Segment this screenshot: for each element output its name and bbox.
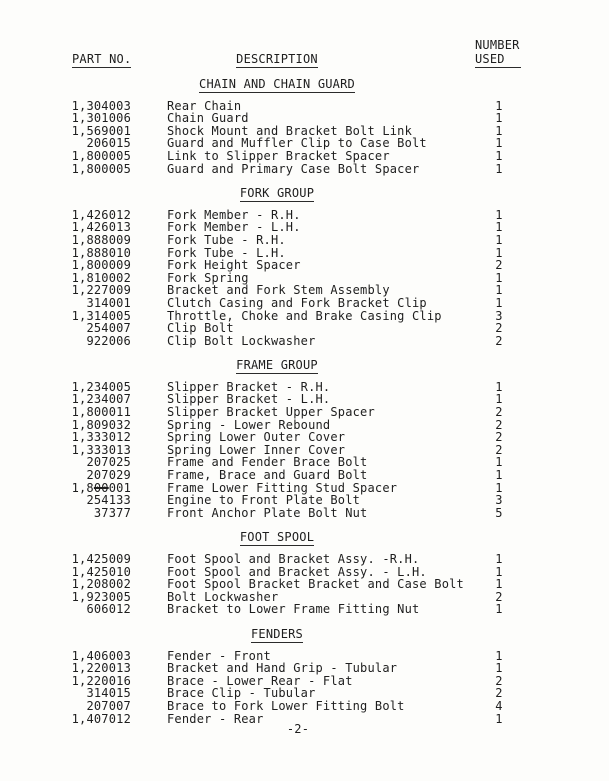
section-title-row: FORK GROUP	[0, 187, 554, 200]
number-used-cell: 4	[467, 700, 531, 713]
section-title: FORK GROUP	[240, 186, 314, 202]
section-title: FENDERS	[251, 627, 303, 643]
table-row: 1,800009Fork Height Spacer2	[0, 259, 609, 272]
table-row: 1,220013Bracket and Hand Grip - Tubular1	[0, 662, 609, 675]
section-title-row: FENDERS	[0, 628, 554, 641]
table-row: 922006Clip Bolt Lockwasher2	[0, 335, 609, 348]
description-cell: Foot Spool Bracket Bracket and Case Bolt	[167, 578, 467, 591]
section-rows: 1,406003Fender - Front11,220013Bracket a…	[0, 650, 609, 726]
table-row: 1,888009Fork Tube - R.H.1	[0, 234, 609, 247]
table-row: 314001Clutch Casing and Fork Bracket Cli…	[0, 297, 609, 310]
table-row: 1,800005Guard and Primary Case Bolt Spac…	[0, 163, 609, 176]
number-used-cell: 1	[467, 150, 531, 163]
section-foot-spool: FOOT SPOOL1,425009Foot Spool and Bracket…	[0, 531, 609, 616]
column-header-number-line1: NUMBER	[475, 39, 520, 52]
number-used-cell: 1	[467, 234, 531, 247]
part-number-cell: 1,800011	[0, 406, 131, 419]
section-fork-group: FORK GROUP1,426012Fork Member - R.H.11,4…	[0, 187, 609, 347]
description-cell: Bracket to Lower Frame Fitting Nut	[167, 603, 467, 616]
table-row: 1,301006Chain Guard1	[0, 112, 609, 125]
number-used-cell: 1	[467, 578, 531, 591]
section-rows: 1,425009Foot Spool and Bracket Assy. -R.…	[0, 553, 609, 616]
number-used-cell: 1	[467, 112, 531, 125]
section-rows: 1,234005Slipper Bracket - R.H.11,234007S…	[0, 381, 609, 520]
description-cell: Clip Bolt Lockwasher	[167, 335, 467, 348]
number-used-cell: 2	[467, 406, 531, 419]
number-used-cell: 2	[467, 431, 531, 444]
part-number-cell: 314001	[0, 297, 131, 310]
table-row: 606012Bracket to Lower Frame Fitting Nut…	[0, 603, 609, 616]
parts-list-page: NUMBER PART NO. DESCRIPTION USED CHAIN A…	[0, 0, 609, 781]
sections: CHAIN AND CHAIN GUARD1,304003Rear Chain1…	[0, 66, 609, 725]
number-used-cell: 1	[467, 163, 531, 176]
table-row: 1,425009Foot Spool and Bracket Assy. -R.…	[0, 553, 609, 566]
description-cell: Fork Height Spacer	[167, 259, 467, 272]
part-number-cell: 1,888009	[0, 234, 131, 247]
number-used-cell: 1	[467, 469, 531, 482]
section-rows: 1,304003Rear Chain11,301006Chain Guard11…	[0, 100, 609, 176]
part-number-cell: 606012	[0, 603, 131, 616]
part-number-cell: 207007	[0, 700, 131, 713]
part-number-cell: 37377	[0, 507, 131, 520]
description-cell: Foot Spool and Bracket Assy. -R.H.	[167, 553, 467, 566]
section-title: CHAIN AND CHAIN GUARD	[199, 77, 355, 93]
description-cell: Bracket and Hand Grip - Tubular	[167, 662, 467, 675]
number-used-cell: 1	[467, 553, 531, 566]
part-number-cell: 1,333012	[0, 431, 131, 444]
table-row: 1,333012Spring Lower Outer Cover2	[0, 431, 609, 444]
number-used-cell: 2	[467, 335, 531, 348]
number-used-cell: 1	[467, 603, 531, 616]
part-number-cell: 1,800005	[0, 150, 131, 163]
number-used-cell: 1	[467, 297, 531, 310]
table-row: 254133Engine to Front Plate Bolt3	[0, 494, 609, 507]
description-cell: Engine to Front Plate Bolt	[167, 494, 467, 507]
part-number-cell: 254133	[0, 494, 131, 507]
part-number-cell: 1,425009	[0, 553, 131, 566]
column-header-description-wrap: DESCRIPTION	[0, 53, 554, 66]
description-cell: Link to Slipper Bracket Spacer	[167, 150, 467, 163]
table-row: 1,800005Link to Slipper Bracket Spacer1	[0, 150, 609, 163]
section-rows: 1,426012Fork Member - R.H.11,426013Fork …	[0, 209, 609, 348]
part-number-cell: 1,208002	[0, 578, 131, 591]
table-row: 1,208002Foot Spool Bracket Bracket and C…	[0, 578, 609, 591]
description-cell: Guard and Primary Case Bolt Spacer	[167, 163, 467, 176]
number-used-cell: 5	[467, 507, 531, 520]
number-used-cell: 1	[467, 662, 531, 675]
part-number-cell: 1,301006	[0, 112, 131, 125]
section-title: FRAME GROUP	[236, 358, 318, 374]
number-used-cell: 2	[467, 322, 531, 335]
description-cell: Spring Lower Outer Cover	[167, 431, 467, 444]
table-row: 37377Front Anchor Plate Bolt Nut5	[0, 507, 609, 520]
part-number-cell: 922006	[0, 335, 131, 348]
table-header: NUMBER PART NO. DESCRIPTION USED	[0, 39, 609, 67]
number-used-cell: 2	[467, 259, 531, 272]
table-row: 207007Brace to Fork Lower Fitting Bolt4	[0, 700, 609, 713]
table-row: 1,800011Slipper Bracket Upper Spacer2	[0, 406, 609, 419]
part-number-cell: 1,800009	[0, 259, 131, 272]
description-cell: Slipper Bracket Upper Spacer	[167, 406, 467, 419]
description-cell: Brace to Fork Lower Fitting Bolt	[167, 700, 467, 713]
part-number-cell: 1,220013	[0, 662, 131, 675]
description-cell: Chain Guard	[167, 112, 467, 125]
section-chain-and-chain-guard: CHAIN AND CHAIN GUARD1,304003Rear Chain1…	[0, 78, 609, 175]
number-used-cell: 3	[467, 494, 531, 507]
section-title-row: FOOT SPOOL	[0, 531, 554, 544]
description-cell: Frame, Brace and Guard Bolt	[167, 469, 467, 482]
part-number-cell: 1,800005	[0, 163, 131, 176]
section-frame-group: FRAME GROUP1,234005Slipper Bracket - R.H…	[0, 359, 609, 519]
section-title-row: CHAIN AND CHAIN GUARD	[0, 78, 554, 91]
description-cell: Clip Bolt	[167, 322, 467, 335]
description-cell: Front Anchor Plate Bolt Nut	[167, 507, 467, 520]
part-number-cell: 254007	[0, 322, 131, 335]
section-title: FOOT SPOOL	[240, 530, 314, 546]
description-cell: Clutch Casing and Fork Bracket Clip	[167, 297, 467, 310]
page-number: -2-	[0, 723, 596, 736]
description-cell: Fork Tube - R.H.	[167, 234, 467, 247]
section-title-row: FRAME GROUP	[0, 359, 554, 372]
section-fenders: FENDERS1,406003Fender - Front11,220013Br…	[0, 628, 609, 725]
table-row: 254007Clip Bolt2	[0, 322, 609, 335]
